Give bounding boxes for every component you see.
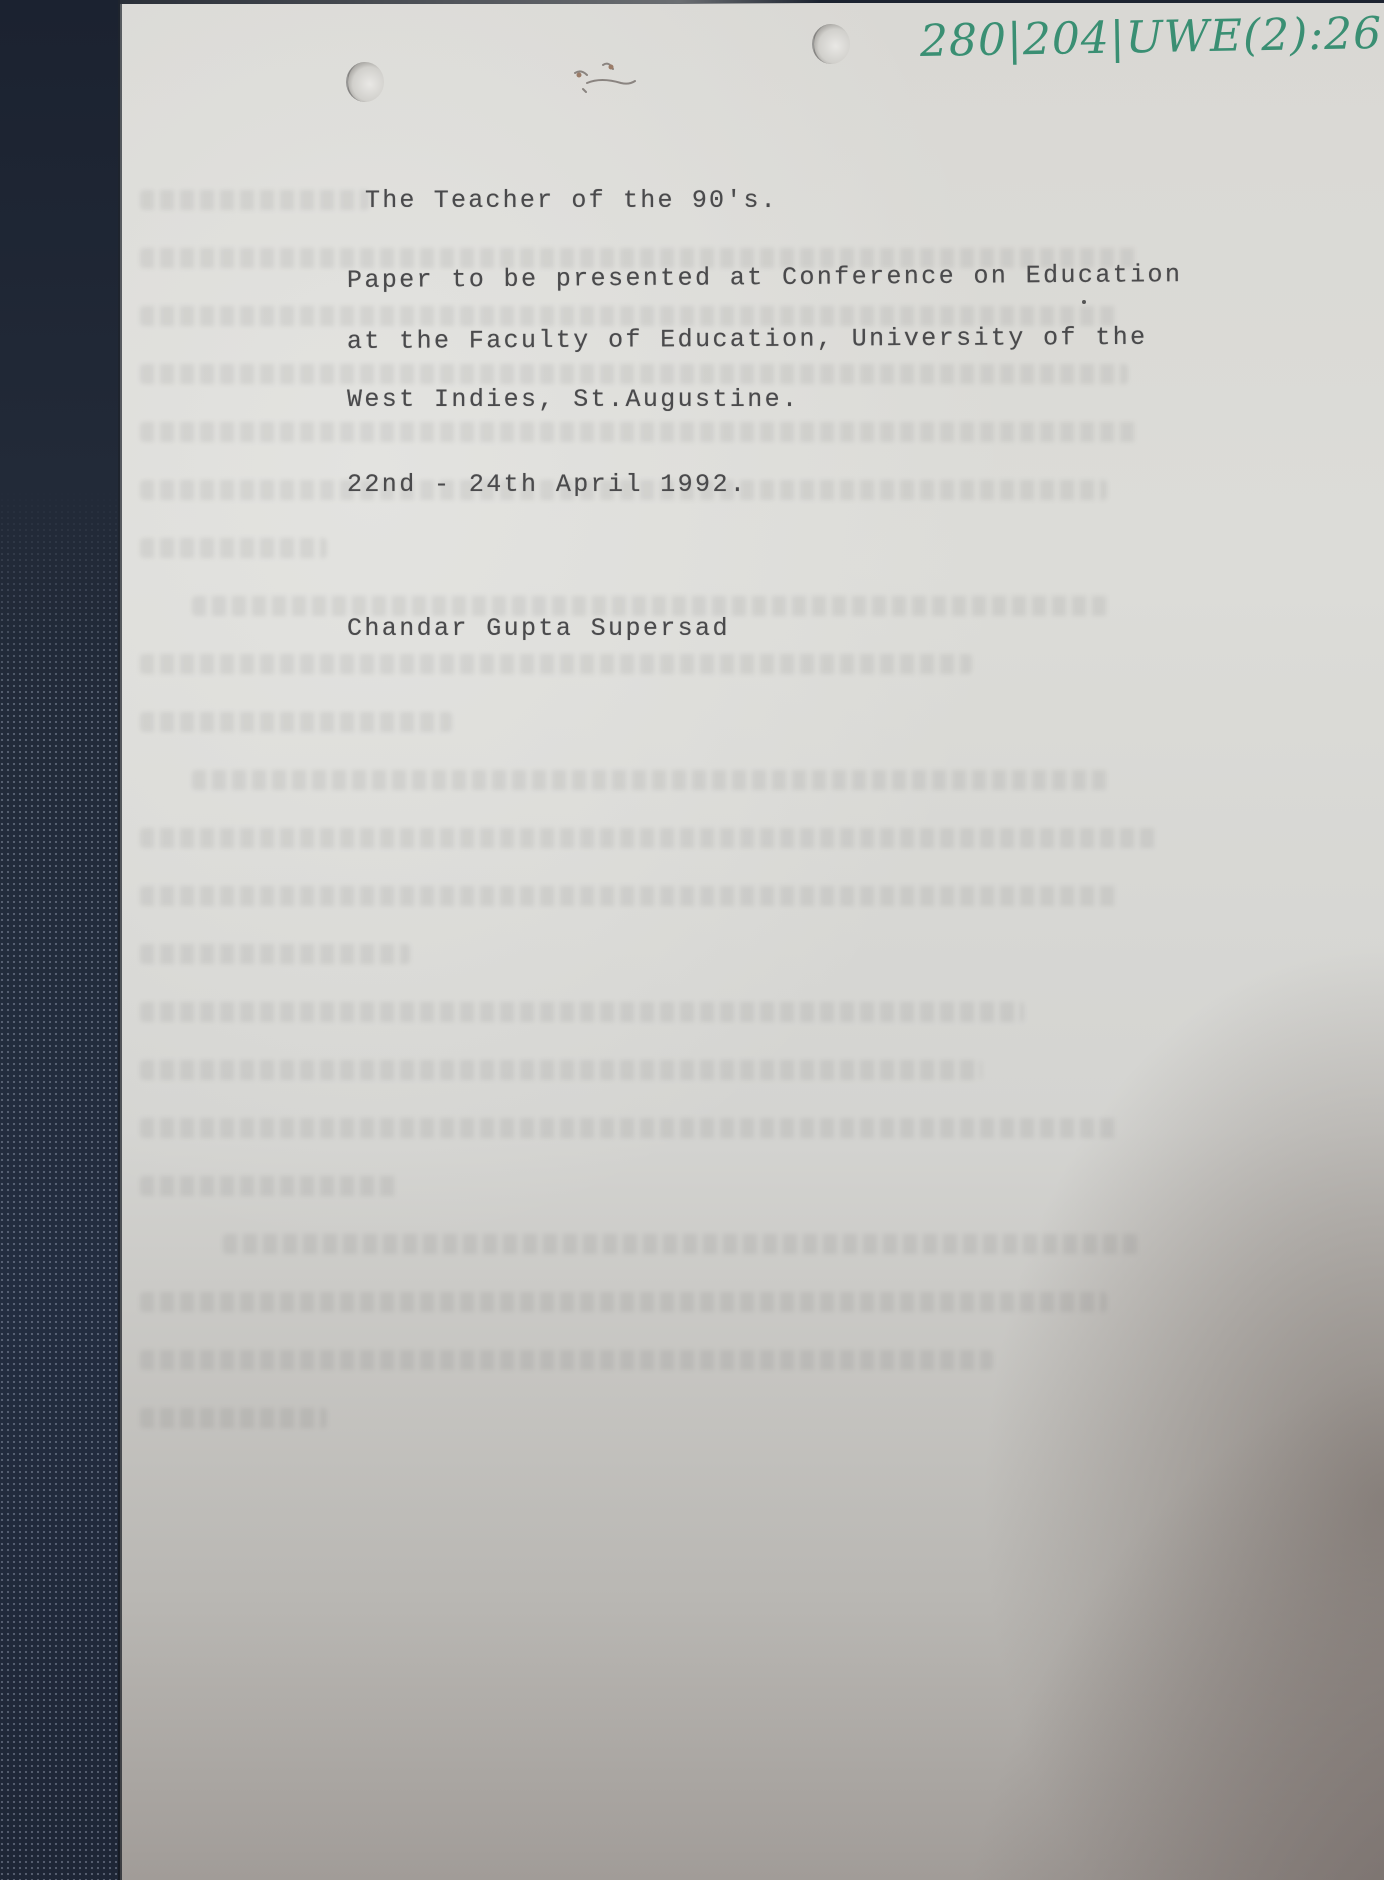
ghost-line: [140, 422, 1138, 442]
ghost-line: [140, 886, 1118, 906]
ghost-line: [223, 1234, 1138, 1254]
ink-dot: [1082, 300, 1086, 304]
ghost-line: [140, 1176, 400, 1196]
paper-edge: [118, 0, 122, 1880]
ghost-line: [192, 596, 1107, 616]
subtitle-line-1: Paper to be presented at Conference on E…: [347, 260, 1183, 295]
ghost-line: [140, 828, 1159, 848]
subtitle-line-3: West Indies, St.Augustine.: [347, 385, 799, 414]
ghost-line: [140, 944, 410, 964]
ghost-line: [140, 1408, 327, 1428]
ghost-line: [140, 1292, 1107, 1312]
handwritten-archive-reference: 280|204|UWE(2):26: [920, 8, 1383, 67]
bleed-through-text: [140, 190, 1180, 1466]
ghost-line: [140, 364, 1128, 384]
document-title: The Teacher of the 90's.: [365, 186, 778, 215]
ghost-line: [140, 1118, 1118, 1138]
ghost-line: [140, 1002, 1024, 1022]
conference-date: 22nd - 24th April 1992.: [347, 470, 747, 499]
ghost-line: [140, 654, 972, 674]
ghost-line: [140, 190, 369, 210]
ghost-line: [140, 538, 327, 558]
ghost-line: [192, 770, 1107, 790]
ghost-line: [140, 1350, 993, 1370]
subtitle-line-2: at the Faculty of Education, University …: [347, 323, 1148, 356]
punch-hole-icon: [812, 24, 850, 64]
ghost-line: [140, 1060, 982, 1080]
author-name: Chandar Gupta Supersad: [347, 614, 730, 643]
binder-cover-shadow: [0, 0, 120, 700]
ghost-line: [140, 712, 452, 732]
punch-hole-icon: [346, 62, 384, 102]
torn-staple-mark-icon: [565, 55, 665, 95]
paper-top-edge: [120, 0, 820, 4]
